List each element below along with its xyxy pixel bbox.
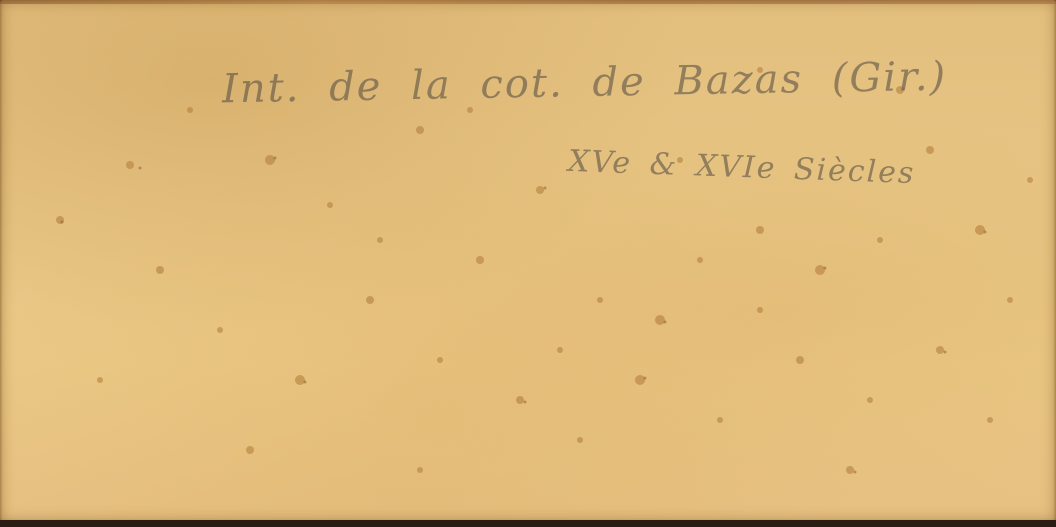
card-bottom-shadow	[0, 520, 1056, 527]
pencil-inscription-line1: Int. de la cot. de Bazas (Gir.)	[222, 54, 948, 113]
pencil-inscription-line2: XVe & XVIe Siècles	[567, 144, 915, 191]
card-top-edge	[0, 0, 1056, 4]
card-back: Int. de la cot. de Bazas (Gir.) XVe & XV…	[0, 0, 1056, 522]
